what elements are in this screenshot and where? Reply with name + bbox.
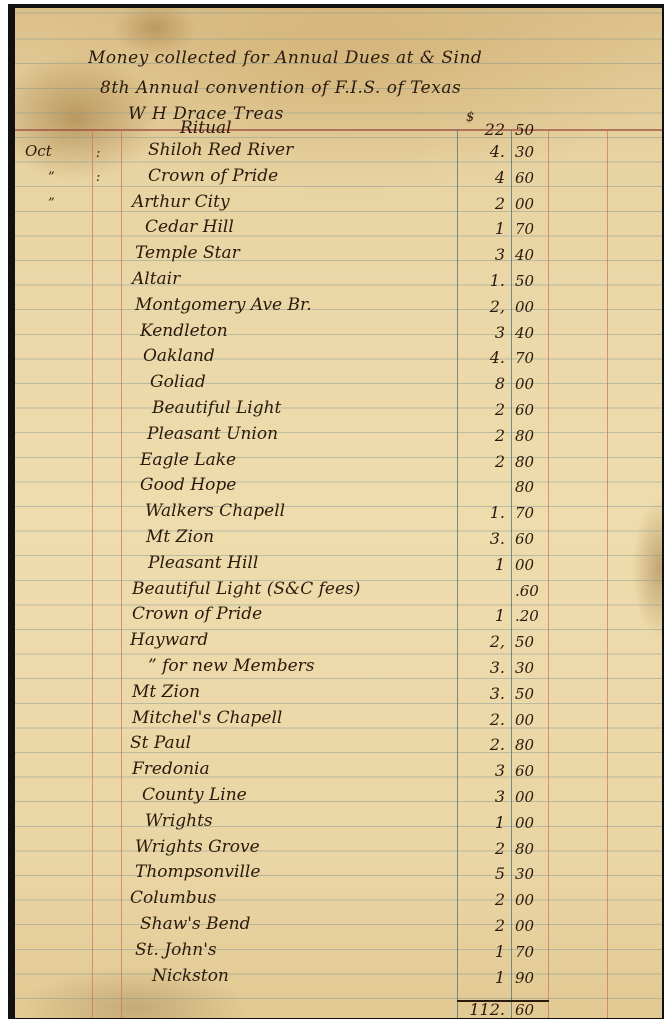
row-dollars: 3 bbox=[465, 323, 505, 342]
row-cents: 30 bbox=[515, 143, 534, 161]
row-label: St Paul bbox=[130, 733, 191, 753]
row-label: Beautiful Light (S&C fees) bbox=[132, 579, 360, 599]
row-cents: 80 bbox=[515, 736, 534, 754]
row-cents: 80 bbox=[515, 840, 534, 858]
row-dollars: 2, bbox=[465, 632, 505, 651]
row-label: Nickston bbox=[152, 966, 229, 986]
row-label: Beautiful Light bbox=[152, 398, 281, 418]
row-label: Good Hope bbox=[140, 475, 236, 495]
row-label: Fredonia bbox=[132, 759, 210, 779]
row-dollars: 1 bbox=[465, 555, 505, 574]
row-dollars: 1 bbox=[465, 942, 505, 961]
row-cents: 50 bbox=[515, 121, 534, 139]
row-cents: 00 bbox=[515, 556, 534, 574]
row-dollars: 4. bbox=[465, 142, 505, 161]
row-cents: 60 bbox=[515, 530, 534, 548]
row-dollars: 3 bbox=[465, 787, 505, 806]
row-dollars: 8 bbox=[465, 374, 505, 393]
row-cents: 00 bbox=[515, 711, 534, 729]
heading-line-1: Money collected for Annual Dues at & Sin… bbox=[88, 48, 482, 68]
row-dollars: 3. bbox=[465, 684, 505, 703]
row-label: Kendleton bbox=[140, 321, 228, 341]
row-dollars: 22 bbox=[465, 120, 505, 139]
row-dollars: 4 bbox=[465, 168, 505, 187]
row-cents: .20 bbox=[515, 607, 539, 625]
row-cents: 50 bbox=[515, 633, 534, 651]
row-label: Columbus bbox=[130, 888, 216, 908]
row-dollars: 3 bbox=[465, 245, 505, 264]
row-cents: 30 bbox=[515, 659, 534, 677]
row-dollars: 1. bbox=[465, 271, 505, 290]
row-dollars: 2 bbox=[465, 194, 505, 213]
row-label: Pleasant Union bbox=[147, 424, 278, 444]
row-dollars: 2 bbox=[465, 916, 505, 935]
total-cents: 60 bbox=[515, 1001, 534, 1019]
row-label: St. John's bbox=[135, 940, 217, 960]
row-dollars: 2, bbox=[465, 297, 505, 316]
cents-column-line bbox=[511, 130, 512, 1018]
row-cents: 70 bbox=[515, 504, 534, 522]
ruled-lines bbox=[15, 8, 662, 1018]
row-label: Shaw's Bend bbox=[140, 914, 250, 934]
row-cents: 60 bbox=[515, 762, 534, 780]
row-dollars: 2. bbox=[465, 735, 505, 754]
ditto-mark: ” bbox=[48, 170, 55, 185]
row-dollars: 2 bbox=[465, 452, 505, 471]
total-dollars: 112. bbox=[465, 1000, 505, 1019]
row-dollars: 4. bbox=[465, 348, 505, 367]
row-cents: 80 bbox=[515, 427, 534, 445]
month-label: Oct bbox=[25, 142, 52, 160]
row-label: Goliad bbox=[150, 372, 206, 392]
row-cents: 00 bbox=[515, 814, 534, 832]
row-label: Mitchel's Chapell bbox=[132, 708, 282, 728]
dollars-column-line bbox=[457, 130, 458, 1018]
row-label: Eagle Lake bbox=[140, 450, 236, 470]
header-rule bbox=[15, 129, 662, 131]
row-cents: 70 bbox=[515, 349, 534, 367]
row-dollars: 2 bbox=[465, 400, 505, 419]
row-label: Cedar Hill bbox=[145, 217, 234, 237]
row-label: Mt Zion bbox=[146, 527, 214, 547]
margin-line-inner bbox=[121, 130, 122, 1018]
row-label: Altair bbox=[132, 269, 180, 289]
row-label: Wrights bbox=[145, 811, 213, 831]
row-cents: 40 bbox=[515, 324, 534, 342]
row-label: Oakland bbox=[143, 346, 215, 366]
row-cents: 80 bbox=[515, 453, 534, 471]
row-dollars: 2. bbox=[465, 710, 505, 729]
colon-mark: : bbox=[96, 170, 100, 185]
row-cents: 30 bbox=[515, 865, 534, 883]
row-label: Shiloh Red River bbox=[148, 140, 293, 160]
row-cents: 60 bbox=[515, 169, 534, 187]
row-cents: 00 bbox=[515, 917, 534, 935]
row-cents: 50 bbox=[515, 685, 534, 703]
row-dollars: 1 bbox=[465, 219, 505, 238]
row-label: Hayward bbox=[130, 630, 208, 650]
row-dollars: 1 bbox=[465, 813, 505, 832]
row-dollars: 1. bbox=[465, 503, 505, 522]
row-cents: 00 bbox=[515, 788, 534, 806]
row-label: Pleasant Hill bbox=[148, 553, 258, 573]
row-cents: 90 bbox=[515, 969, 534, 987]
row-dollars: 5 bbox=[465, 864, 505, 883]
row-cents: 80 bbox=[515, 478, 534, 496]
row-dollars: 2 bbox=[465, 890, 505, 909]
row-dollars: 2 bbox=[465, 839, 505, 858]
ditto-mark: ” bbox=[48, 196, 55, 211]
row-cents: 00 bbox=[515, 891, 534, 909]
row-cents: 00 bbox=[515, 195, 534, 213]
row-cents: 70 bbox=[515, 943, 534, 961]
row-cents: 50 bbox=[515, 272, 534, 290]
colon-mark: : bbox=[96, 146, 100, 161]
row-label: ” for new Members bbox=[148, 656, 315, 676]
amount-column-right-line bbox=[548, 130, 549, 1018]
row-cents: 40 bbox=[515, 246, 534, 264]
row-label: Thompsonville bbox=[135, 862, 260, 882]
row-dollars: 3. bbox=[465, 658, 505, 677]
row-label: Temple Star bbox=[135, 243, 240, 263]
row-label: Crown of Pride bbox=[148, 166, 278, 186]
heading-line-2: 8th Annual convention of F.I.S. of Texas bbox=[100, 78, 461, 98]
row-cents: 60 bbox=[515, 401, 534, 419]
row-cents: 00 bbox=[515, 298, 534, 316]
row-cents: 70 bbox=[515, 220, 534, 238]
row-dollars: 3. bbox=[465, 529, 505, 548]
row-label: Walkers Chapell bbox=[145, 501, 285, 521]
row-dollars: 2 bbox=[465, 426, 505, 445]
row-label: Mt Zion bbox=[132, 682, 200, 702]
row-label: Ritual bbox=[180, 118, 232, 138]
row-cents: 00 bbox=[515, 375, 534, 393]
row-label: Wrights Grove bbox=[135, 837, 260, 857]
row-dollars: 1 bbox=[465, 968, 505, 987]
row-cents: .60 bbox=[515, 582, 539, 600]
row-dollars: 3 bbox=[465, 761, 505, 780]
row-label: Crown of Pride bbox=[132, 604, 262, 624]
row-label: Arthur City bbox=[132, 192, 230, 212]
extra-column-line bbox=[607, 130, 608, 1018]
row-label: County Line bbox=[142, 785, 247, 805]
row-dollars: 1 bbox=[465, 606, 505, 625]
margin-line-left bbox=[92, 130, 93, 1018]
row-label: Montgomery Ave Br. bbox=[135, 295, 312, 315]
